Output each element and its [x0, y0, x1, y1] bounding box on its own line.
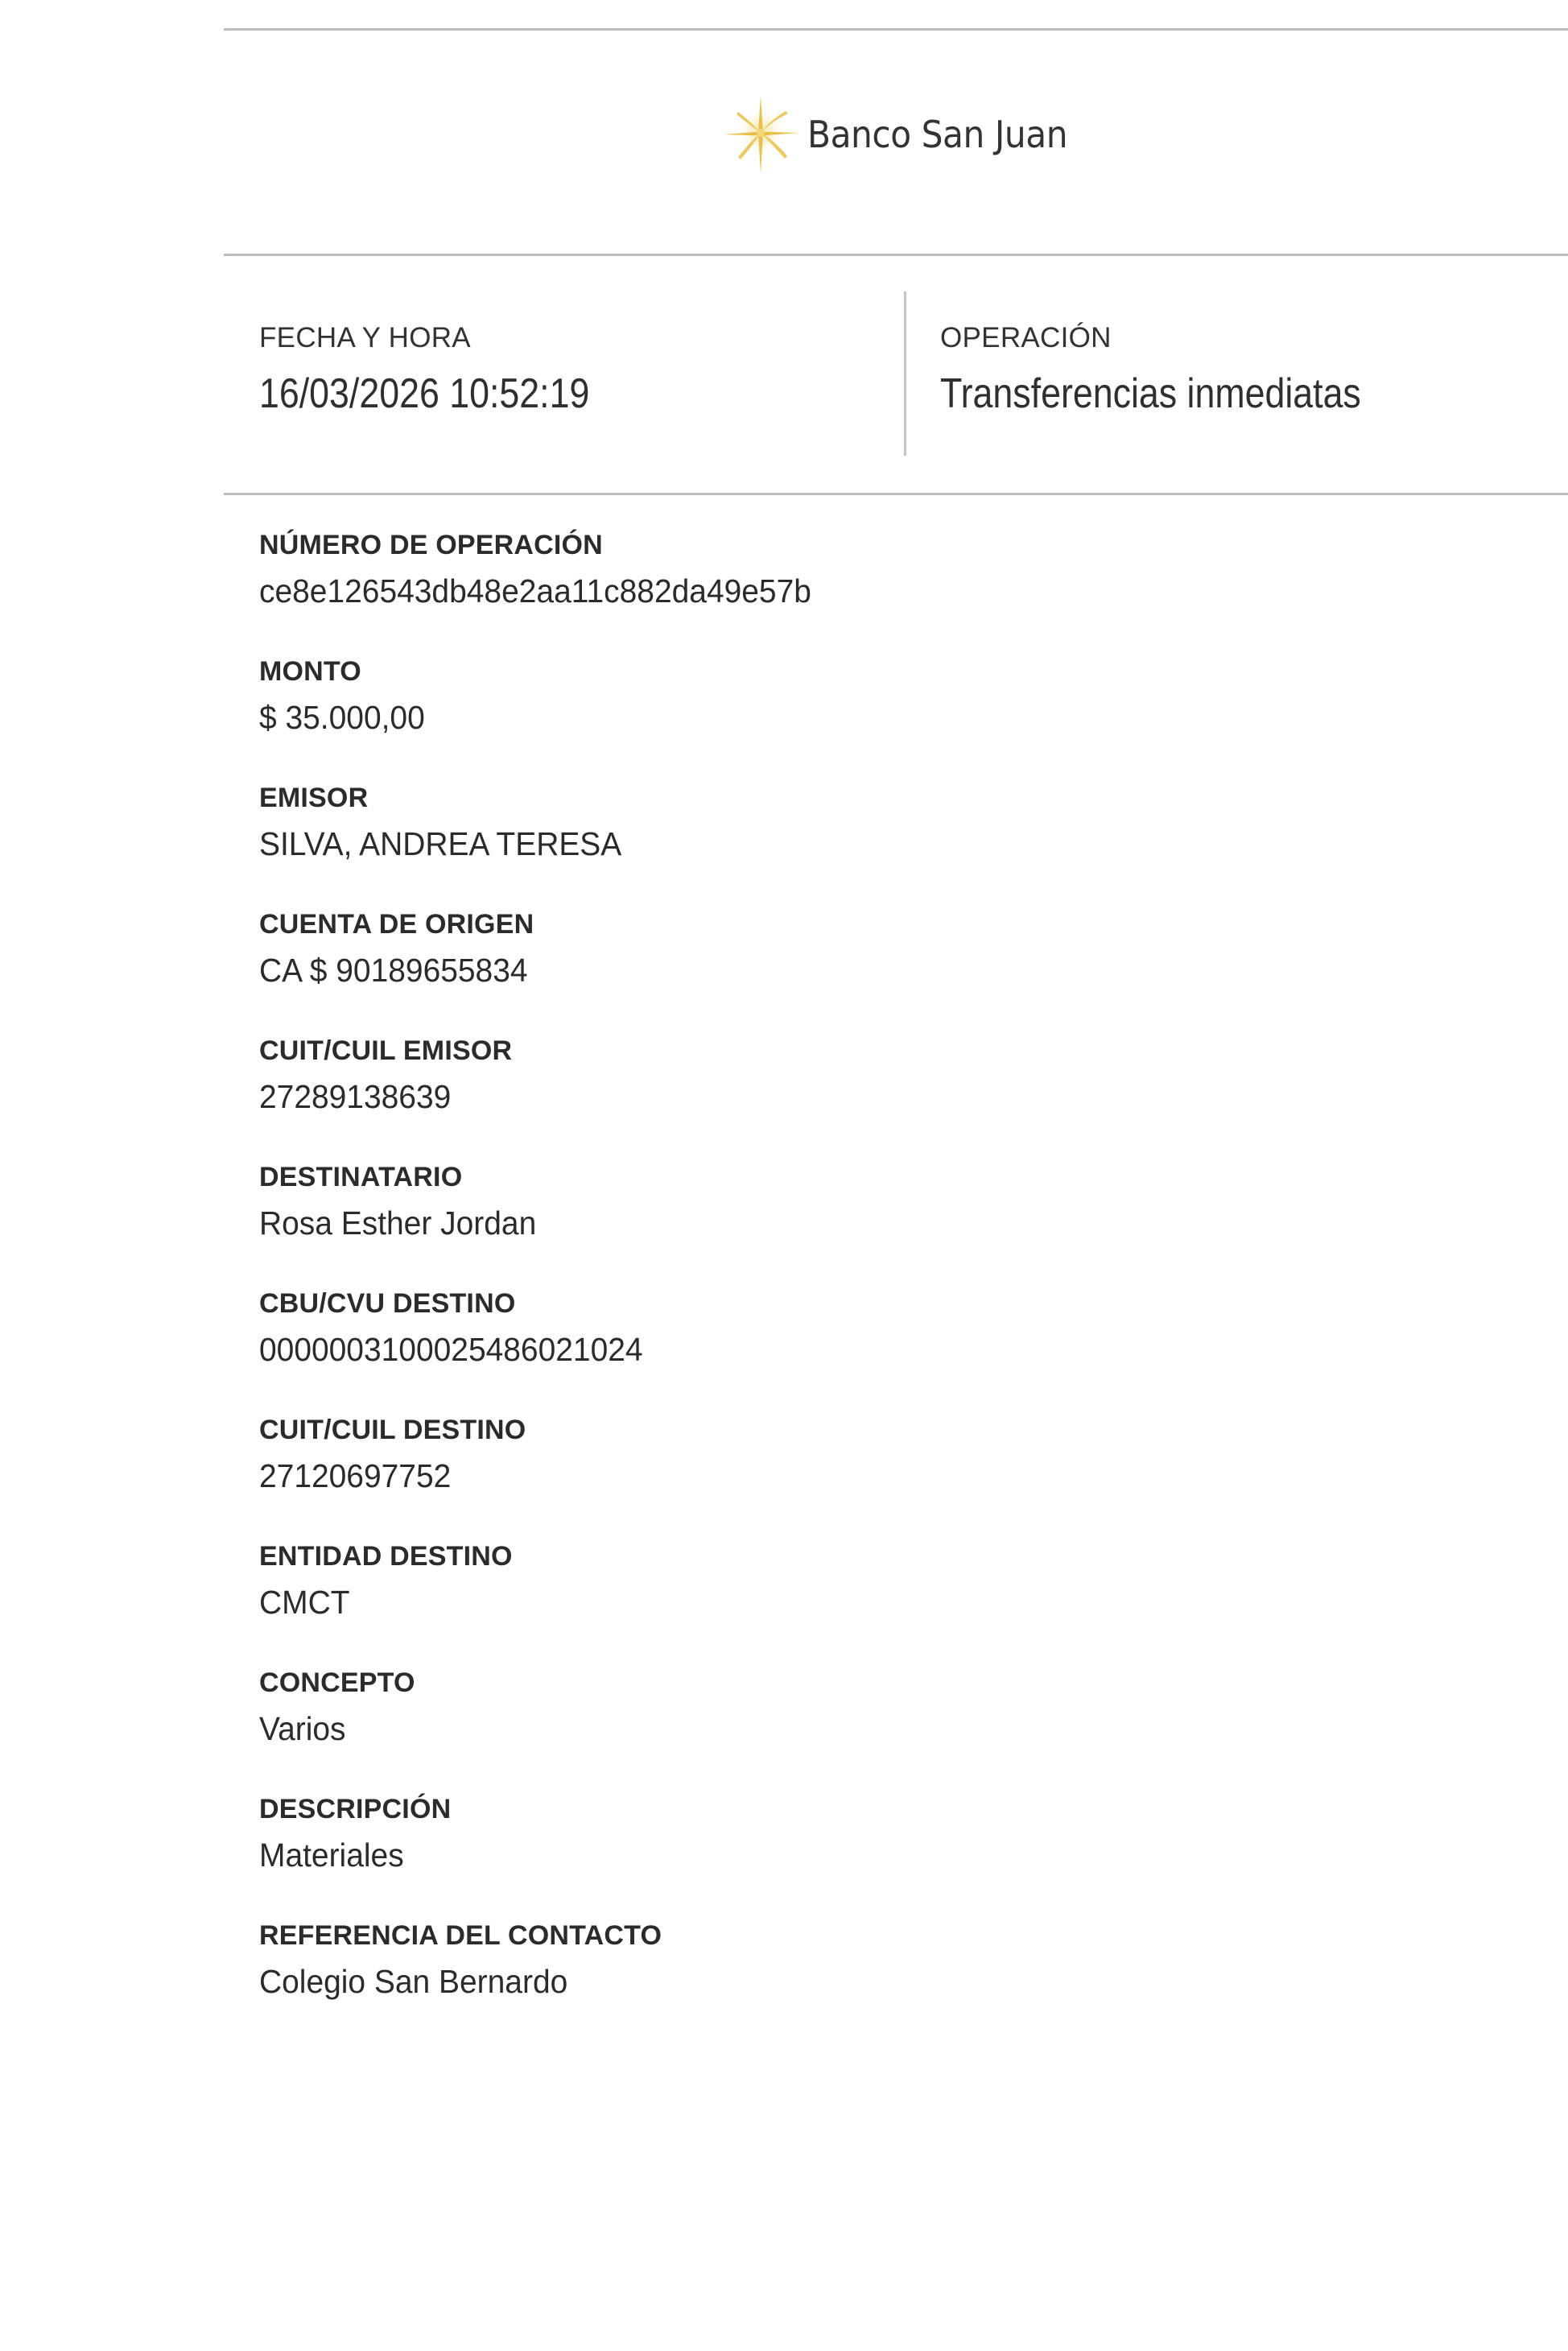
field-value: 27120697752	[259, 1456, 811, 1495]
summary-bottom-divider	[224, 493, 1568, 495]
field-value: ce8e126543db48e2aa11c882da49e57b	[259, 572, 811, 610]
field-sender-cuit: CUIT/CUIL EMISOR 27289138639	[259, 1034, 840, 1160]
field-source-account: CUENTA DE ORIGEN CA $ 90189655834	[259, 907, 840, 1034]
star-icon	[720, 93, 804, 176]
field-label: DESTINATARIO	[259, 1160, 840, 1194]
header-bottom-divider	[224, 254, 1568, 256]
field-value: 0000003100025486021024	[259, 1330, 811, 1369]
transfer-details: NÚMERO DE OPERACIÓN ce8e126543db48e2aa11…	[259, 528, 840, 2045]
field-recipient: DESTINATARIO Rosa Esther Jordan	[259, 1160, 840, 1287]
bank-logo: Banco San Juan	[720, 93, 1090, 176]
field-value: Materiales	[259, 1836, 811, 1874]
operation-label: OPERACIÓN	[940, 322, 1430, 354]
field-sender: EMISOR SILVA, ANDREA TERESA	[259, 781, 840, 907]
field-destination-cuit: CUIT/CUIL DESTINO 27120697752	[259, 1413, 840, 1539]
field-amount: MONTO $ 35.000,00	[259, 655, 840, 781]
field-description: DESCRIPCIÓN Materiales	[259, 1792, 840, 1919]
datetime-label: FECHA Y HORA	[259, 322, 643, 354]
field-label: EMISOR	[259, 781, 840, 815]
field-concept: CONCEPTO Varios	[259, 1666, 840, 1792]
field-destination-cbu: CBU/CVU DESTINO 0000003100025486021024	[259, 1287, 840, 1413]
field-value: SILVA, ANDREA TERESA	[259, 824, 811, 863]
field-value: Colegio San Bernardo	[259, 1962, 811, 2001]
field-label: CUIT/CUIL DESTINO	[259, 1413, 840, 1447]
field-label: CUIT/CUIL EMISOR	[259, 1034, 840, 1068]
datetime-block: FECHA Y HORA 16/03/2026 10:52:19	[259, 322, 643, 417]
field-value: CMCT	[259, 1583, 811, 1622]
field-label: NÚMERO DE OPERACIÓN	[259, 528, 840, 562]
field-label: REFERENCIA DEL CONTACTO	[259, 1919, 840, 1952]
field-operation-number: NÚMERO DE OPERACIÓN ce8e126543db48e2aa11…	[259, 528, 840, 655]
field-label: ENTIDAD DESTINO	[259, 1539, 840, 1573]
field-value: Rosa Esther Jordan	[259, 1204, 811, 1242]
summary-vertical-divider	[904, 291, 906, 456]
field-value: CA $ 90189655834	[259, 951, 811, 990]
field-value: $ 35.000,00	[259, 698, 811, 737]
header-top-divider	[224, 28, 1568, 31]
operation-block: OPERACIÓN Transferencias inmediatas	[940, 322, 1430, 417]
brand-name: Banco San Juan	[807, 113, 1067, 156]
field-label: CONCEPTO	[259, 1666, 840, 1700]
field-destination-entity: ENTIDAD DESTINO CMCT	[259, 1539, 840, 1666]
datetime-value: 16/03/2026 10:52:19	[259, 370, 589, 417]
field-value: 27289138639	[259, 1077, 811, 1116]
field-value: Varios	[259, 1709, 811, 1748]
field-label: DESCRIPCIÓN	[259, 1792, 840, 1826]
field-label: MONTO	[259, 655, 840, 688]
field-contact-reference: REFERENCIA DEL CONTACTO Colegio San Bern…	[259, 1919, 840, 2045]
operation-value: Transferencias inmediatas	[940, 370, 1361, 417]
field-label: CUENTA DE ORIGEN	[259, 907, 840, 941]
field-label: CBU/CVU DESTINO	[259, 1287, 840, 1320]
